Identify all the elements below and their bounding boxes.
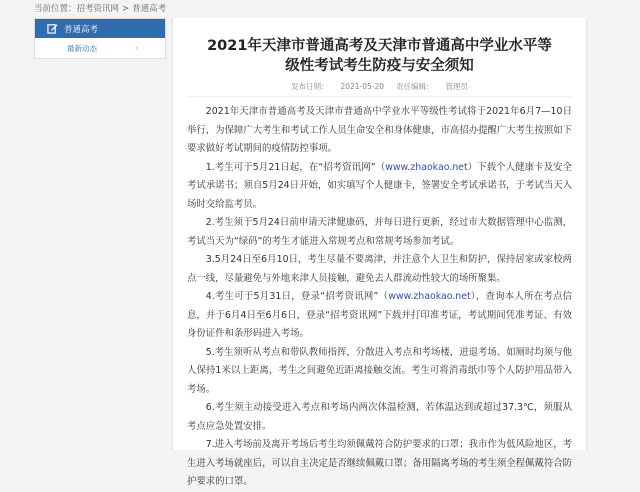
paragraph-text: 3.5月24日至6月10日，考生尽量不要离津，并注意个人卫生和防护，保持居家或家… [187, 254, 572, 284]
article-title: 2021年天津市普通高考及天津市普通高中学业水平等级性考试考生防疫与安全须知 [173, 36, 586, 76]
paragraph-text: 5.考生须听从考点和带队教师指挥，分散进入考点和考场楼，进退考场、如厕时均须与他… [187, 347, 572, 395]
paragraph-text: 7.进入考场前及离开考场后考生均须佩戴符合防护要求的口罩；我市作为低风险地区，考… [187, 439, 572, 450]
paragraph-text: 2021年天津市普通高考及天津市普通高中学业水平等级性考试将于2021年6月7—… [187, 106, 572, 154]
editor-label: 责任编辑： [396, 82, 434, 91]
breadcrumb: 当前位置：招考资讯网>普通高考 [34, 4, 166, 15]
publish-date-label: 发布日期： [291, 82, 329, 91]
article-paragraph: 1.考生可于5月21日起，在“招考资讯网”（www.zhaokao.net）下载… [187, 159, 572, 215]
sidebar-item-label: 最新动态 [67, 43, 97, 54]
chevron-right-icon: › [135, 44, 138, 52]
breadcrumb-prefix: 当前位置： [34, 4, 77, 14]
article-paragraph: 2.考生须于5月24日前申请天津健康码，并每日进行更新，经过市大数据管理中心监测… [187, 214, 572, 251]
article-paragraph: 2021年天津市普通高考及天津市普通高中学业水平等级性考试将于2021年6月7—… [187, 103, 572, 159]
sidebar: 普通高考 最新动态 › [34, 18, 166, 59]
website-link[interactable]: www.zhaokao.net [385, 162, 467, 173]
paragraph-text: 1.考生可于5月21日起，在“招考资讯网”（ [206, 162, 385, 173]
article-paragraph: 4.考生可于5月31日，登录“招考资讯网”（www.zhaokao.net），查… [187, 288, 572, 344]
article-meta: 发布日期：2021-05-20责任编辑：管理员 [173, 82, 586, 92]
sidebar-header[interactable]: 普通高考 [35, 19, 165, 38]
sidebar-item-latest-news[interactable]: 最新动态 › [35, 38, 165, 59]
edit-icon [47, 23, 58, 34]
publish-date-value: 2021-05-20 [340, 82, 384, 91]
article-paragraph: 6.考生须主动接受进入考点和考场内两次体温检测，若体温达到或超过37.3℃，须服… [187, 399, 572, 436]
breadcrumb-separator: > [122, 4, 129, 14]
article-panel: 2021年天津市普通高考及天津市普通高中学业水平等级性考试考生防疫与安全须知 发… [172, 18, 587, 450]
paragraph-text: 4.考生可于5月31日，登录“招考资讯网”（ [206, 291, 388, 302]
article-paragraph: 7.进入考场前及离开考场后考生均须佩戴符合防护要求的口罩；我市作为低风险地区，考… [187, 436, 572, 450]
article-body: 2021年天津市普通高考及天津市普通高中学业水平等级性考试将于2021年6月7—… [173, 97, 586, 450]
website-link[interactable]: www.zhaokao.net [388, 291, 470, 302]
editor: 责任编辑：管理员 [396, 82, 468, 91]
sidebar-header-label: 普通高考 [64, 23, 98, 35]
breadcrumb-link-home[interactable]: 招考资讯网 [77, 4, 120, 14]
article-paragraph: 5.考生须听从考点和带队教师指挥，分散进入考点和考场楼，进退考场、如厕时均须与他… [187, 344, 572, 400]
breadcrumb-link-category[interactable]: 普通高考 [132, 4, 166, 14]
publish-date: 发布日期：2021-05-20 [291, 82, 384, 91]
article-paragraph: 3.5月24日至6月10日，考生尽量不要离津，并注意个人卫生和防护，保持居家或家… [187, 251, 572, 288]
paragraph-text: 6.考生须主动接受进入考点和考场内两次体温检测，若体温达到或超过37.3℃，须服… [187, 402, 572, 432]
editor-value: 管理员 [446, 82, 469, 91]
paragraph-text: 2.考生须于5月24日前申请天津健康码，并每日进行更新，经过市大数据管理中心监测… [187, 217, 572, 247]
